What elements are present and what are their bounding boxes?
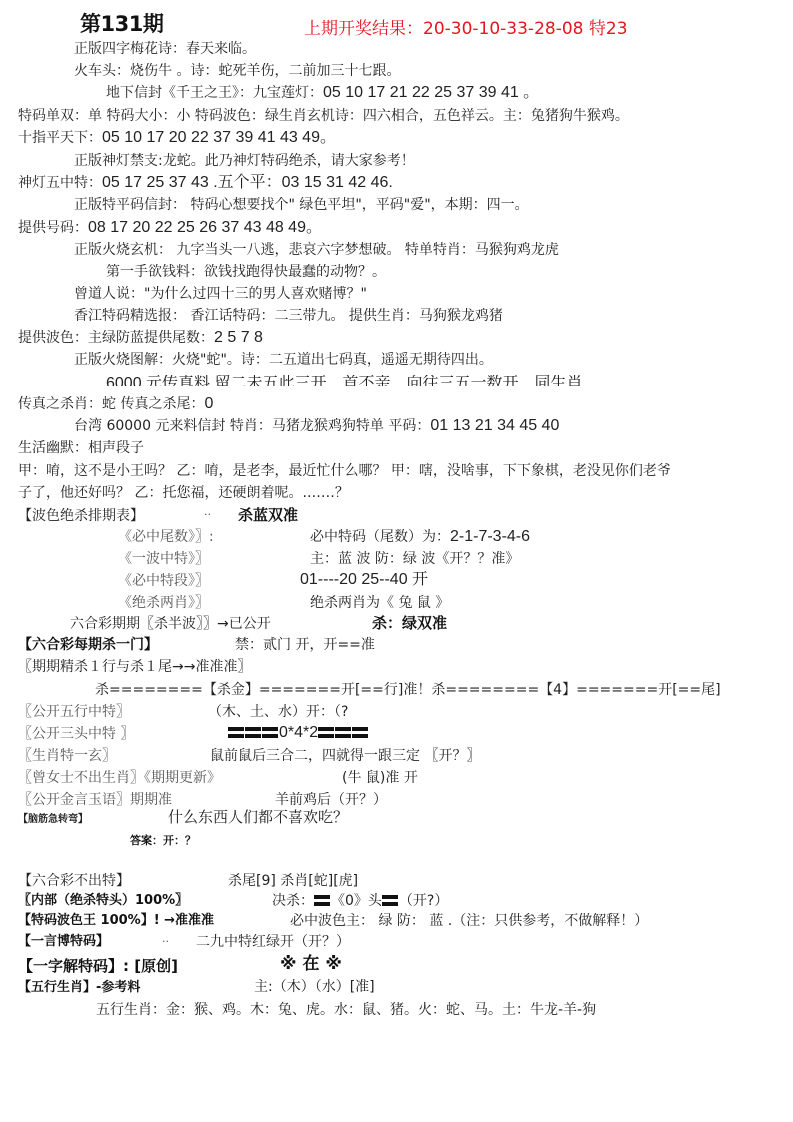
last-result-label: 上期开奖结果：	[304, 19, 423, 39]
ten-fingers-numbers: 05 10 17 20 22 37 39 41 43 49。	[102, 129, 336, 146]
underground-envelope-label: 地下信封《千王之王》：九宝莲灯：	[106, 85, 323, 101]
underground-envelope-numbers: 05 10 17 21 22 25 37 39 41 。	[323, 84, 539, 101]
lamp-five-line: 神灯五中特：05 17 25 37 43 .五个平：03 15 31 42 46…	[18, 174, 393, 192]
public-label-0: 〖公开五行中特〗	[18, 703, 130, 721]
block-bar-icon	[335, 727, 351, 738]
block-bar-icon	[352, 727, 368, 738]
fax-kill-line: 传真之杀肖：蛇 传真之杀尾：0	[18, 395, 213, 413]
inner-value-post: （开?）	[399, 893, 448, 909]
yiyan-title: 【一言博特码】	[18, 933, 109, 951]
row-tail-title: 〖期期精杀１行与杀１尾→→准准准〗	[18, 658, 251, 676]
public-value-4: 羊前鸡后（开？）	[275, 791, 387, 809]
provided-numbers-label: 提供号码：	[18, 220, 88, 236]
inner-value: 决杀：《0》头（开?）	[272, 892, 448, 910]
hongkong-report-line: 香江特码精选报： 香江话特码：二三带九。 提供生肖：马狗猴龙鸡猪	[74, 307, 503, 325]
wave-table-title: 【波色绝杀排期表】	[18, 507, 144, 525]
yizi-title: 【一字解特码】: [原创]	[18, 957, 178, 975]
public-label-3: 〖曾女士不出生肖〗《期期更新》	[18, 769, 221, 787]
wave-king-title: 【特码波色王 100%】! →准准准	[18, 912, 214, 930]
wave-king-value: 必中波色主： 绿 防： 蓝 .（注：只供参考，不做解释！）	[290, 912, 648, 930]
issue-title: 第131期	[80, 8, 163, 38]
humor-title: 生活幽默：相声段子	[18, 439, 144, 457]
lamp-five-label: 神灯五中特：	[18, 175, 102, 191]
yizi-value: ※ 在 ※	[280, 955, 342, 973]
public-label-2: 〖生肖特一玄〗	[18, 747, 116, 765]
riddle-title: 【脑筋急转弯】	[18, 811, 88, 829]
humor-dialogue-2: 子了，他还好吗？ 乙：托您福，还硬朗着呢。.……？	[18, 484, 349, 502]
fax-kill-label: 传真之杀肖：蛇 传真之杀尾：	[18, 396, 204, 412]
fire-diagram-line: 正版火烧图解：火烧"蛇"。诗：二五道出七码真，遥遥无期待四出。	[74, 351, 493, 369]
taiwan-envelope-label: 台湾 60000 元来料信封 特肖：马猪龙猴鸡狗特单 平码：	[74, 418, 430, 434]
row-tail-detail: 杀========【杀金】=======开[==行]准！杀========【4】…	[95, 681, 721, 699]
provided-numbers-line: 提供号码：08 17 20 22 25 26 37 43 48 49。	[18, 219, 322, 237]
last-draw-result: 上期开奖结果：20-30-10-33-28-08 特23	[304, 14, 628, 39]
wave-table-verdict: 杀蓝双准	[238, 506, 298, 524]
riddle-question: 什么东西人们都不喜欢吃？	[168, 808, 348, 826]
fax-material-text: 6000 元传真料 留二未五此三开，首不亲，向往三五一数开，同生肖	[106, 375, 583, 386]
block-bar-icon	[382, 895, 398, 906]
public-label-1: 〖公开三头中特 〗	[18, 725, 134, 743]
humor-dialogue-1: 甲：唷，这不是小王吗？ 乙：唷，是老李，最近忙什么哪？ 甲：嗐，没啥事，下下象棋…	[18, 462, 671, 480]
provided-wave-label: 提供波色：主绿防蓝提供尾数：	[18, 330, 214, 346]
fax-kill-tail: 0	[204, 395, 213, 412]
last-result-special: 特23	[589, 19, 628, 39]
half-wave-verdict: 杀：绿双准	[372, 614, 447, 632]
taoist-says-line: 曾道人说："为什么过四十三的男人喜欢赌博？"	[74, 285, 367, 303]
public-value-0: （木、土、水）开：（?	[208, 703, 348, 721]
inner-title: 〖内部（绝杀特头）100%〗	[18, 892, 188, 910]
wave-row-label-0: 《必中尾数》〗:	[118, 528, 214, 546]
door-title: 【六合彩每期杀一门】	[18, 636, 158, 654]
wave-row-value-1: 主：蓝 波 防：绿 波《开？？准》	[310, 550, 519, 568]
wave-row-value-nums-0: 2-1-7-3-4-6	[450, 528, 530, 545]
special-code-attributes-line: 特码单双：单 特码大小：小 特码波色：绿生肖玄机诗：四六相合，五色祥云。主：兔猪…	[18, 107, 629, 125]
public-value-1: 0*4*2	[228, 724, 369, 742]
block-bar-icon	[262, 727, 278, 738]
wuxing-value: 主:（木）（水）[准]	[254, 978, 375, 996]
block-bar-icon	[318, 727, 334, 738]
fax-material-line: 6000 元传真料 留二未五此三开，首不亲，向往三五一数开，同生肖	[106, 375, 583, 386]
inner-value-mid: 《0》头	[331, 893, 382, 909]
lamp-five-numbers: 05 17 25 37 43 .五个平：03 15 31 42 46.	[102, 174, 393, 191]
wave-row-value-text-0: 必中特码（尾数）为：	[310, 529, 450, 545]
lamp-taboo-line: 正版神灯禁支:龙蛇。此乃神灯特码绝杀，请大家参考！	[74, 152, 415, 170]
wuxing-list: 五行生肖：金：猴、鸡。木：兔、虎。水：鼠、猪。火：蛇、马。土：牛龙-羊-狗	[96, 1001, 596, 1019]
three-heads-value: 0*4*2	[279, 724, 318, 741]
wave-row-label-1: 《一波中特》〗	[118, 550, 209, 568]
wave-row-value-2: 01----20 25--40 开	[300, 571, 428, 589]
yiyan-value: 二九中特红绿开（开？）	[196, 933, 350, 951]
public-label-4: 〖公开金言玉语〗期期准	[18, 791, 172, 809]
ten-fingers-label: 十指平天下：	[18, 130, 102, 146]
taiwan-envelope-numbers: 01 13 21 34 45 40	[430, 417, 559, 434]
block-bar-icon	[245, 727, 261, 738]
block-bar-icon	[228, 727, 244, 738]
first-hand-line: 第一手欲钱料：欲钱找跑得快最蠢的动物？。	[106, 263, 386, 281]
train-head-line: 火车头：烧伤牛 。诗：蛇死羊伤，二前加三十七跟。	[74, 62, 400, 80]
ten-fingers-line: 十指平天下：05 10 17 20 22 37 39 41 43 49。	[18, 129, 336, 147]
inner-value-pre: 决杀：	[272, 893, 314, 909]
wave-row-label-3: 《绝杀两肖》〗	[118, 594, 209, 612]
special-flat-envelope-line: 正版特平码信封： 特码心想要找个" 绿色平坦"，平码"爱"，本期：四一。	[74, 196, 529, 214]
plum-poem-line: 正版四字梅花诗：春天来临。	[74, 40, 256, 58]
provided-wave-tails: 2 5 7 8	[214, 329, 263, 346]
half-wave-label: 六合彩期期〖杀半波〗〗→已公开	[70, 615, 271, 633]
door-value: 禁：贰门 开，开==准	[235, 636, 375, 654]
yiyan-dots: ..	[162, 930, 169, 948]
no-special-title: 【六合彩不出特】	[18, 872, 130, 890]
wave-row-value-0: 必中特码（尾数）为：2-1-7-3-4-6	[310, 528, 530, 546]
block-bar-icon	[314, 895, 330, 906]
provided-numbers-values: 08 17 20 22 25 26 37 43 48 49。	[88, 219, 322, 236]
wave-table-dots: ..	[204, 503, 211, 521]
wave-row-label-2: 《必中特段》〗	[118, 572, 209, 590]
underground-envelope-line: 地下信封《千王之王》：九宝莲灯：05 10 17 21 22 25 37 39 …	[106, 84, 539, 102]
taiwan-envelope-line: 台湾 60000 元来料信封 特肖：马猪龙猴鸡狗特单 平码：01 13 21 3…	[74, 417, 559, 435]
no-special-value: 杀尾[9] 杀肖[蛇][虎]	[228, 872, 358, 890]
fire-mystery-line: 正版火烧玄机： 九字当头一八逃，悲哀六字梦想破。 特单特肖：马猴狗鸡龙虎	[74, 241, 559, 259]
riddle-answer: 答案：开：？	[130, 832, 196, 850]
wave-row-value-3: 绝杀两肖为《 兔 鼠 》	[310, 594, 449, 612]
public-value-3: (牛 鼠)准 开	[342, 769, 418, 787]
provided-wave-line: 提供波色：主绿防蓝提供尾数：2 5 7 8	[18, 329, 263, 347]
wuxing-title: 【五行生肖】-参考料	[18, 979, 140, 997]
public-value-2: 鼠前鼠后三合二，四就得一跟三定 〖开？〗	[210, 747, 480, 765]
last-result-numbers: 20-30-10-33-28-08	[423, 19, 583, 39]
